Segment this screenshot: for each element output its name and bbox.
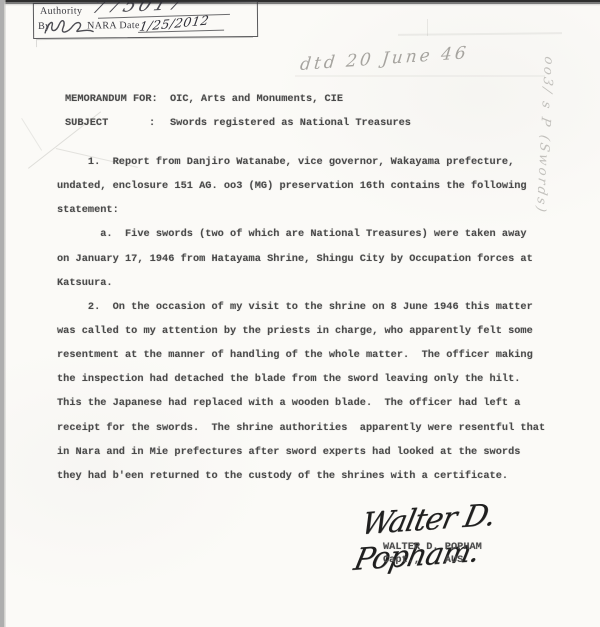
nara-declassification-stamp: Authority 775017 By NARA Date 1/25/2012 — [33, 1, 258, 39]
authority-label: Authority — [40, 6, 83, 17]
body-line: resentment at the manner of handling of … — [57, 346, 567, 370]
signature-rank-line: Capt., AUS — [383, 554, 463, 566]
scan-streak — [398, 32, 562, 36]
body-line: in Nara and in Mie prefectures after swo… — [57, 443, 567, 467]
body-line: a. Five swords (two of which are Nationa… — [57, 225, 567, 249]
subject-colon: : — [149, 117, 155, 129]
pencil-annotation-dtd: dtd 20 June 46 — [299, 43, 470, 75]
scan-streak — [295, 75, 545, 77]
subject-value: Swords registered as National Treasures — [170, 117, 411, 129]
body-line: the inspection had detached the blade fr… — [57, 370, 567, 394]
body-line: receipt for the swords. The shrine autho… — [57, 419, 567, 443]
paper-crease-line — [21, 118, 42, 151]
body-line: 1. Report from Danjiro Watanabe, vice go… — [57, 153, 567, 177]
memorandum-for-label: MEMORANDUM FOR: — [65, 93, 158, 105]
subject-label: SUBJECT — [65, 117, 108, 129]
body-line: was called to my attention by the priest… — [57, 322, 567, 346]
signature-typed-name: WALTER D. POPHAM — [383, 541, 482, 553]
body-line: 2. On the occasion of my visit to the sh… — [57, 298, 567, 322]
scan-streak — [427, 19, 428, 36]
memorandum-for-value: OIC, Arts and Monuments, CIE — [170, 93, 343, 105]
body-line: they had b'een returned to the custody o… — [57, 467, 567, 491]
stamp-ghost-impression — [36, 37, 253, 47]
body-line: This the Japanese had replaced with a wo… — [57, 394, 567, 418]
body-line: Katsuura. — [57, 274, 567, 298]
scan-edge-left — [0, 0, 6, 627]
memo-body: 1. Report from Danjiro Watanabe, vice go… — [57, 153, 567, 491]
body-line: on January 17, 1946 from Hatayama Shrine… — [57, 250, 567, 274]
nara-date-label: NARA Date — [87, 20, 140, 31]
body-line: statement: — [57, 201, 567, 225]
body-line: undated, enclosure 151 AG. oo3 (MG) pres… — [57, 177, 567, 201]
document-page: Authority 775017 By NARA Date 1/25/2012 … — [0, 0, 600, 627]
